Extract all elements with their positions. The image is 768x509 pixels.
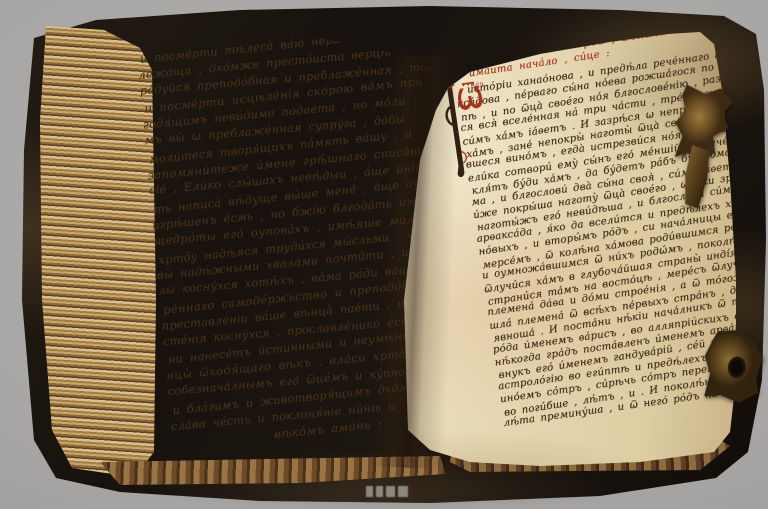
brass-clasp-bottom <box>700 327 765 405</box>
clasp-strap-icon <box>681 144 712 209</box>
photo-of-manuscript-book: и посме́рти тѣлеса̀ ва́ю неразлу́чна пог… <box>0 0 768 509</box>
watermark <box>366 486 412 497</box>
